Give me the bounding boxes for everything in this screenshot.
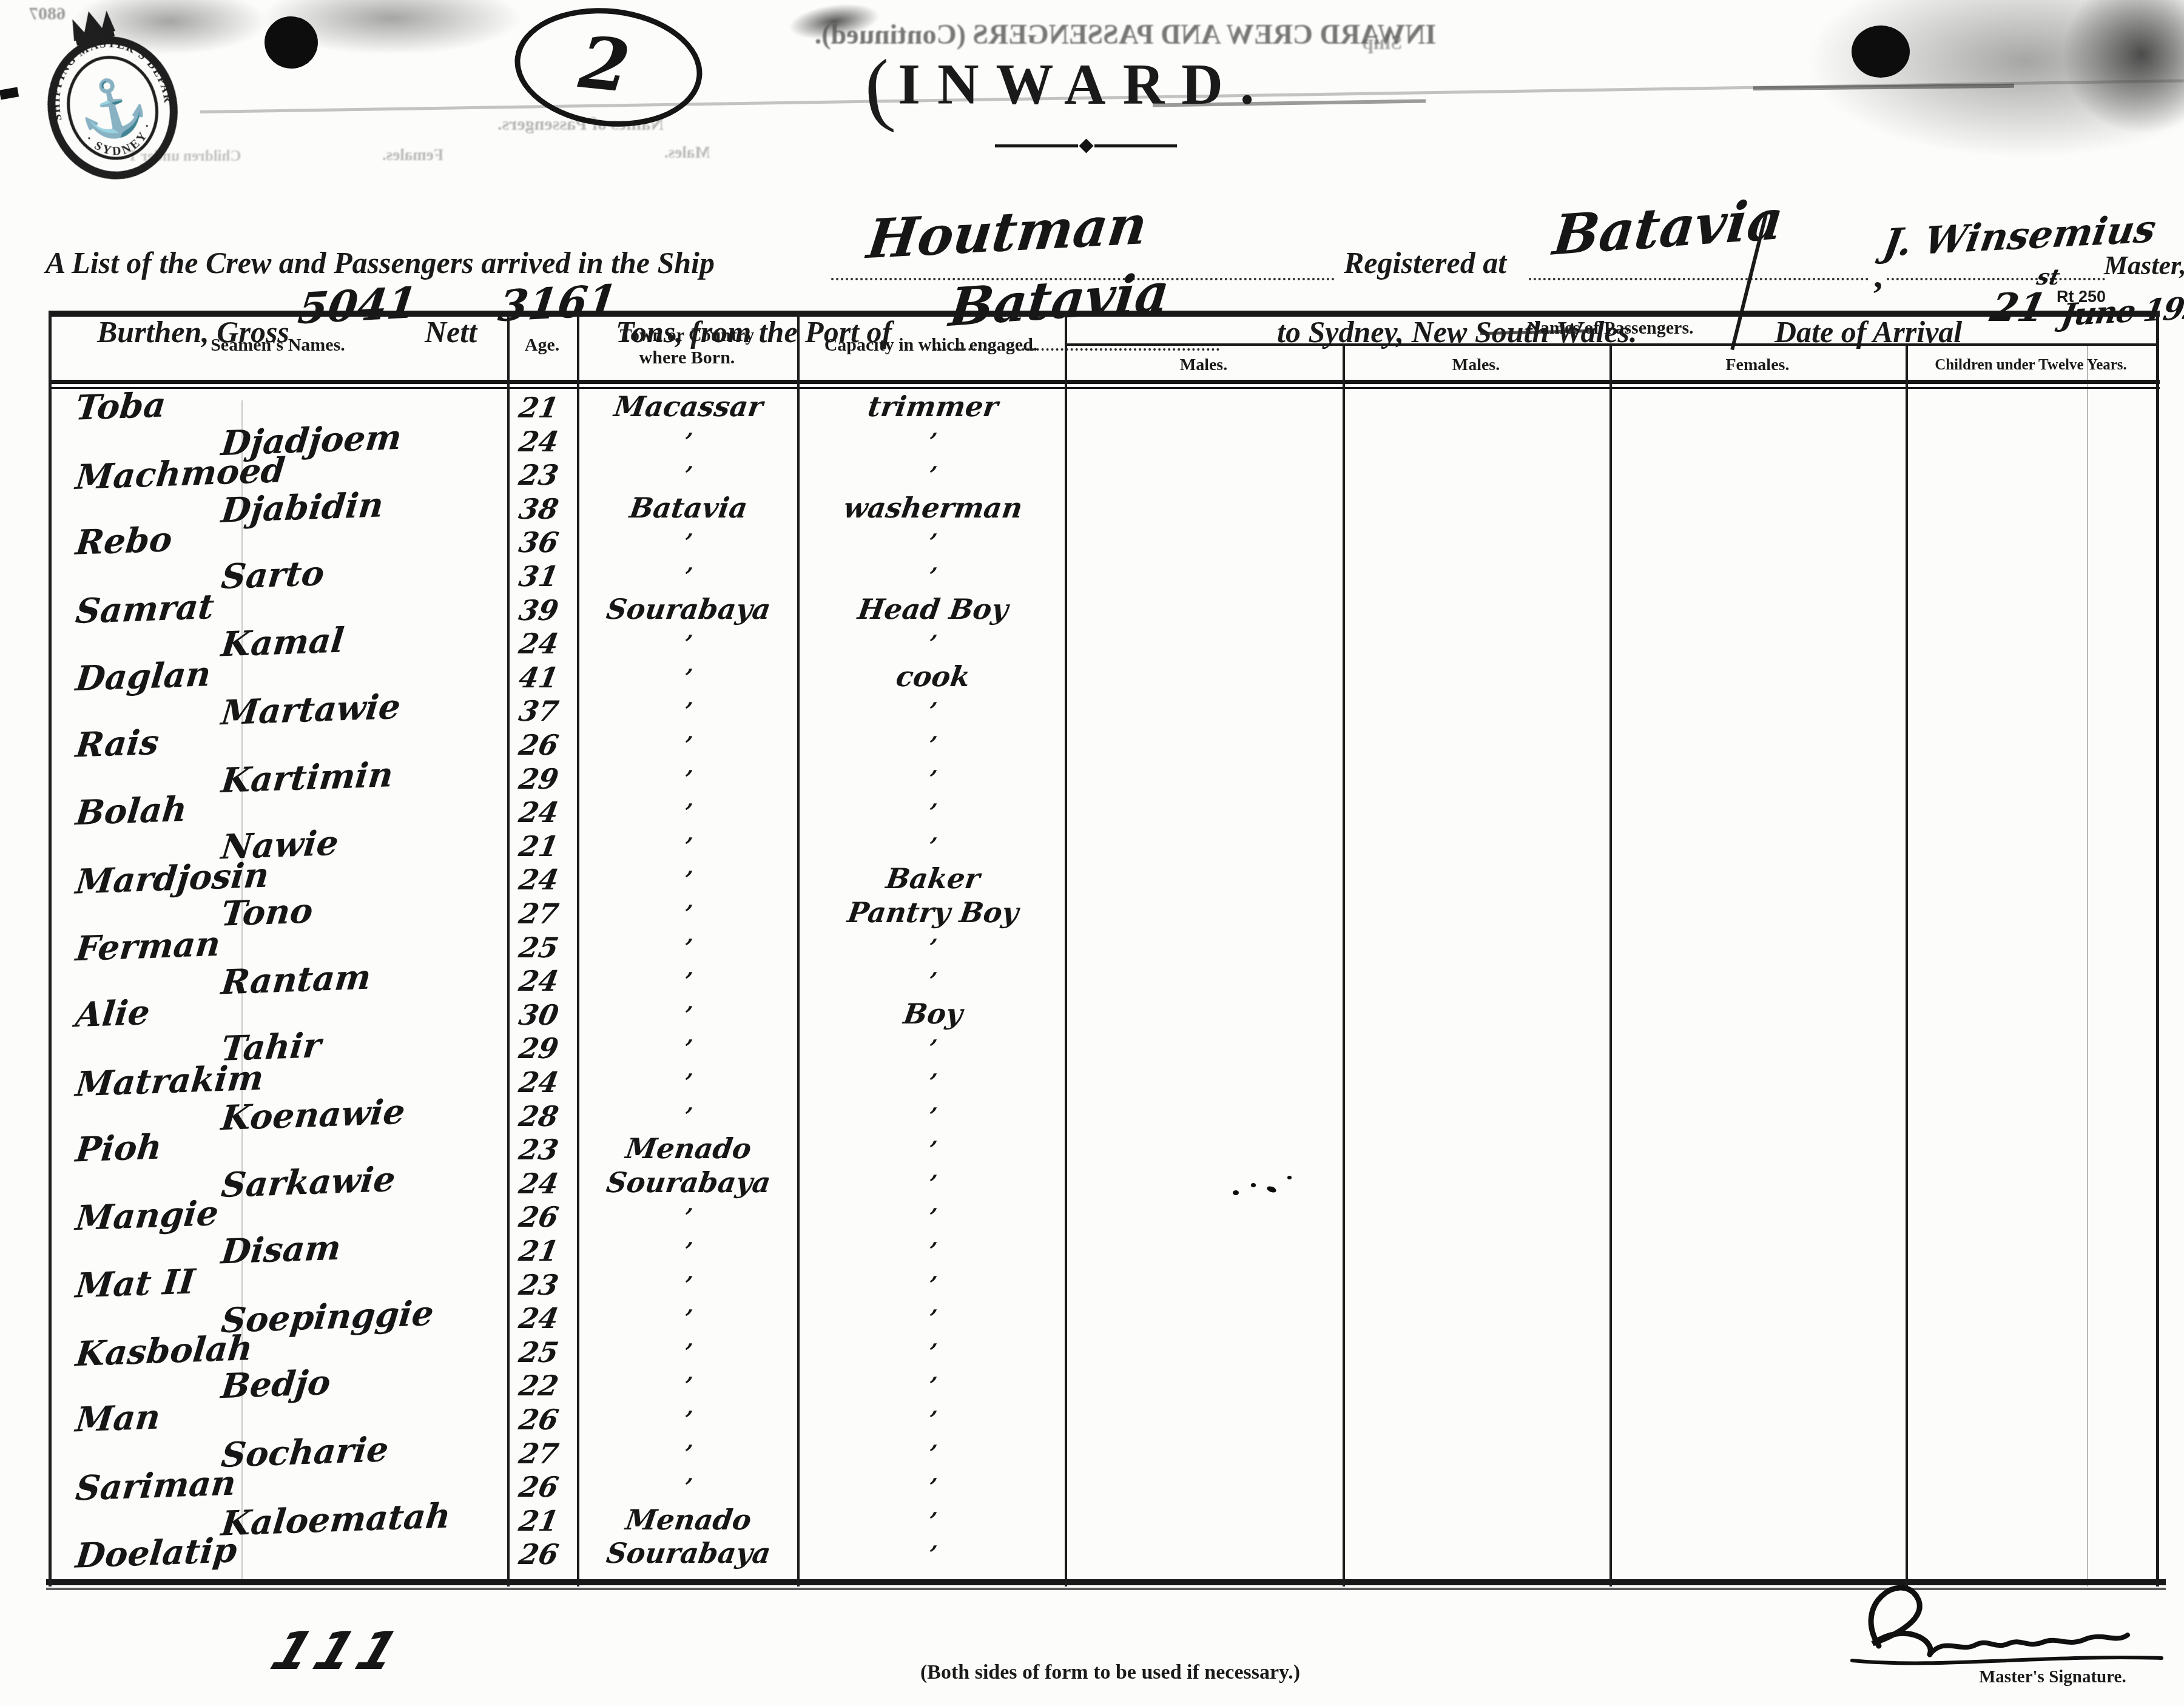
seaman-capacity: ’ bbox=[797, 525, 1068, 556]
seaman-age: 39 bbox=[499, 594, 578, 627]
seaman-birthplace: ’ bbox=[577, 525, 800, 556]
seaman-capacity: ’ bbox=[797, 1099, 1068, 1130]
seaman-age: 23 bbox=[499, 459, 578, 491]
seaman-birthplace: ’ bbox=[577, 1368, 800, 1399]
seaman-age: 26 bbox=[499, 1471, 578, 1503]
seaman-capacity: ’ bbox=[797, 424, 1068, 455]
seaman-age: 24 bbox=[499, 1066, 578, 1099]
seaman-birthplace: ’ bbox=[577, 693, 800, 724]
seaman-birthplace: ’ bbox=[577, 1335, 800, 1366]
seaman-age: 23 bbox=[499, 1269, 578, 1301]
table-row: Sarkawie24Sourabaya’ bbox=[49, 1167, 2159, 1201]
seaman-age: 22 bbox=[499, 1369, 578, 1402]
seaman-capacity: ’ bbox=[797, 963, 1068, 994]
form-number: Rt 250 bbox=[2057, 288, 2106, 306]
master-signature-label: Master's Signature. bbox=[1979, 1667, 2126, 1687]
seaman-age: 28 bbox=[499, 1100, 578, 1133]
seaman-birthplace: ’ bbox=[577, 829, 800, 860]
scanned-form-page: INWARD CREW AND PASSENGERS (Continued). … bbox=[0, 0, 2184, 1706]
seaman-capacity: Boy bbox=[797, 997, 1069, 1030]
ghost-ship-label: Ship bbox=[1362, 32, 1402, 55]
header-bottom-border-thin bbox=[49, 387, 2160, 389]
seaman-birthplace: ’ bbox=[577, 1469, 800, 1500]
seaman-birthplace: ’ bbox=[577, 1031, 800, 1062]
seaman-capacity: ’ bbox=[797, 1166, 1068, 1197]
seaman-name: Ferman bbox=[74, 923, 223, 969]
seaman-capacity: ’ bbox=[797, 829, 1068, 860]
table-row: Djabidin38Bataviawasherman bbox=[49, 493, 2159, 527]
seaman-age: 36 bbox=[499, 526, 578, 559]
seaman-age: 26 bbox=[499, 729, 578, 761]
seaman-age: 21 bbox=[499, 1505, 578, 1537]
seaman-name: Kartimin bbox=[220, 755, 396, 801]
seaman-birthplace: ’ bbox=[577, 457, 800, 488]
seaman-age: 31 bbox=[499, 560, 578, 593]
registered-at-label: Registered at bbox=[1344, 245, 1506, 280]
seaman-age: 25 bbox=[499, 1336, 578, 1369]
table-row: Disam21’’ bbox=[49, 1235, 2159, 1269]
header-town: Town or Country where Born. bbox=[577, 324, 797, 369]
ghost-males-label: Males. bbox=[664, 143, 710, 162]
seaman-age: 29 bbox=[499, 763, 578, 795]
seaman-birthplace: ’ bbox=[577, 727, 800, 758]
registered-at-value: Batavia bbox=[1550, 187, 1786, 268]
seaman-capacity: ’ bbox=[797, 626, 1068, 657]
seaman-birthplace: Batavia bbox=[577, 491, 800, 524]
table-row: Koenawie28’’ bbox=[49, 1100, 2159, 1134]
seaman-name: Mat II bbox=[74, 1261, 197, 1306]
seaman-capacity: ’ bbox=[797, 1233, 1068, 1264]
table-row: Martawie37’’ bbox=[49, 695, 2159, 729]
table-row: Alie30’Boy bbox=[49, 999, 2159, 1033]
seaman-name: Bolah bbox=[74, 789, 189, 834]
seaman-name: Man bbox=[74, 1397, 163, 1440]
header-bottom-border bbox=[49, 380, 2160, 384]
seaman-birthplace: ’ bbox=[577, 1436, 800, 1467]
seaman-name: Kamal bbox=[220, 621, 346, 665]
master-signature bbox=[1841, 1568, 2172, 1674]
seaman-age: 37 bbox=[499, 695, 578, 727]
table-row: Soepinggie24’’ bbox=[49, 1302, 2159, 1336]
table-row: Kasbolah25’’ bbox=[49, 1336, 2159, 1370]
seaman-age: 27 bbox=[499, 1437, 578, 1470]
seaman-capacity: ’ bbox=[797, 1402, 1068, 1433]
gross-tons-value: 5041 bbox=[295, 277, 420, 334]
table-body: Toba21MacassartrimmerDjadjoem24’’Machmoe… bbox=[0, 391, 2184, 1580]
seaman-name: Koenawie bbox=[220, 1091, 407, 1138]
seaman-capacity: ’ bbox=[797, 1537, 1068, 1568]
master-name-line bbox=[1887, 278, 2105, 280]
seaman-age: 38 bbox=[499, 493, 578, 525]
table-row: Tono27’Pantry Boy bbox=[49, 897, 2159, 931]
table-top-border bbox=[49, 311, 2160, 317]
seaman-name: Sariman bbox=[74, 1463, 238, 1508]
header-females: Females. bbox=[1609, 356, 1906, 375]
seaman-birthplace: ’ bbox=[577, 1099, 800, 1130]
registered-at-line bbox=[1529, 278, 1869, 280]
seaman-age: 24 bbox=[499, 863, 578, 896]
seaman-age: 24 bbox=[499, 1302, 578, 1335]
seaman-capacity: ’ bbox=[797, 693, 1068, 724]
seaman-name: Rantam bbox=[220, 957, 373, 1003]
table-row: Doelatip26Sourabaya’ bbox=[49, 1538, 2159, 1572]
seaman-age: 41 bbox=[499, 661, 578, 694]
header-males-1: Males. bbox=[1065, 356, 1343, 375]
table-row: Bedjo22’’ bbox=[49, 1369, 2159, 1403]
ghost-reversed-title: INWARD CREW AND PASSENGERS (Continued). bbox=[692, 18, 1559, 50]
seaman-capacity: washerman bbox=[797, 491, 1069, 524]
form-title: INWARD. bbox=[898, 51, 1272, 118]
seaman-name: Tono bbox=[220, 891, 315, 934]
seaman-birthplace: ’ bbox=[577, 1233, 800, 1264]
seaman-birthplace: Macassar bbox=[577, 390, 800, 423]
seaman-name: Doelatip bbox=[74, 1531, 239, 1577]
table-row: Nawie21’’ bbox=[49, 830, 2159, 864]
seaman-capacity: ’ bbox=[797, 761, 1068, 792]
page-number-value: 2 bbox=[575, 19, 633, 109]
seaman-birthplace: ’ bbox=[577, 1402, 800, 1433]
seaman-age: 27 bbox=[499, 897, 578, 930]
title-rule bbox=[995, 141, 1177, 151]
seaman-capacity: ’ bbox=[797, 1199, 1068, 1230]
seaman-capacity: ’ bbox=[797, 1267, 1068, 1298]
seaman-age: 21 bbox=[499, 1235, 578, 1267]
header-capacity: Capacity in which engaged. bbox=[797, 335, 1065, 356]
header-males-2: Males. bbox=[1343, 356, 1609, 375]
nett-tons-value: 3161 bbox=[496, 275, 620, 332]
seaman-age: 21 bbox=[499, 830, 578, 863]
tally-marks: 111 bbox=[263, 1621, 413, 1682]
seaman-birthplace: ’ bbox=[577, 930, 800, 961]
seaman-birthplace: ’ bbox=[577, 1065, 800, 1096]
seaman-capacity: ’ bbox=[797, 1469, 1068, 1500]
seaman-age: 24 bbox=[499, 425, 578, 458]
table-row: Djadjoem24’’ bbox=[49, 425, 2159, 459]
seaman-birthplace: ’ bbox=[577, 963, 800, 994]
seaman-age: 26 bbox=[499, 1201, 578, 1233]
ink-splatter bbox=[1287, 1176, 1292, 1179]
margin-mark bbox=[0, 87, 19, 100]
seaman-capacity: ’ bbox=[797, 1368, 1068, 1399]
seaman-name: Sarkawie bbox=[220, 1159, 397, 1205]
seaman-birthplace: Sourabaya bbox=[577, 1166, 800, 1199]
seaman-birthplace: ’ bbox=[577, 424, 800, 455]
seaman-birthplace: Menado bbox=[577, 1132, 800, 1165]
seaman-capacity: ’ bbox=[797, 559, 1068, 590]
seaman-age: 24 bbox=[499, 796, 578, 829]
header-seamen-names: Seamen's Names. bbox=[49, 335, 507, 356]
seaman-age: 26 bbox=[499, 1403, 578, 1436]
seaman-birthplace: ’ bbox=[577, 1267, 800, 1298]
header-passengers: Names of Passengers. bbox=[1065, 318, 2156, 339]
seaman-name: Alie bbox=[74, 993, 152, 1036]
seaman-birthplace: ’ bbox=[577, 997, 800, 1028]
seaman-birthplace: ’ bbox=[577, 626, 800, 657]
seaman-name: Mangie bbox=[74, 1193, 221, 1238]
seaman-name: Pioh bbox=[74, 1127, 164, 1170]
seaman-birthplace: ’ bbox=[577, 1199, 800, 1230]
table-row: Sarto31’’ bbox=[49, 560, 2159, 594]
table-row: Samrat39SourabayaHead Boy bbox=[49, 594, 2159, 628]
master-label: Master, bbox=[2104, 250, 2184, 281]
seaman-capacity: cook bbox=[797, 660, 1069, 693]
seaman-birthplace: ’ bbox=[577, 862, 800, 893]
seaman-capacity: Baker bbox=[797, 862, 1069, 895]
table-row: Tahir29’’ bbox=[49, 1032, 2159, 1066]
seaman-age: 25 bbox=[499, 931, 578, 964]
seaman-capacity: ’ bbox=[797, 727, 1068, 758]
seaman-age: 30 bbox=[499, 999, 578, 1031]
seaman-capacity: ’ bbox=[797, 1065, 1068, 1096]
seaman-birthplace: Sourabaya bbox=[577, 1537, 800, 1569]
ship-name-value: Houtman bbox=[864, 193, 1151, 271]
seaman-age: 23 bbox=[499, 1133, 578, 1166]
pen-bracket-mark: ( bbox=[860, 41, 897, 138]
seaman-name: Kaloematah bbox=[220, 1495, 453, 1543]
seaman-birthplace: ’ bbox=[577, 761, 800, 792]
seaman-birthplace: Menado bbox=[577, 1503, 800, 1536]
header-children: Children under Twelve Years. bbox=[1906, 357, 2156, 374]
seaman-capacity: ’ bbox=[797, 1132, 1068, 1163]
seaman-age: 29 bbox=[499, 1032, 578, 1065]
seaman-name: Samrat bbox=[74, 586, 216, 631]
seaman-name: Martawie bbox=[220, 687, 403, 733]
seaman-name: Toba bbox=[74, 385, 168, 428]
arrival-day-suffix: st bbox=[2035, 265, 2063, 290]
seaman-capacity: Pantry Boy bbox=[797, 896, 1069, 929]
footer-note: (Both sides of form to be used if necess… bbox=[849, 1661, 1371, 1684]
seaman-capacity: ’ bbox=[797, 1436, 1068, 1467]
seaman-birthplace: ’ bbox=[577, 1301, 800, 1332]
seaman-capacity: ’ bbox=[797, 1335, 1068, 1366]
seaman-capacity: trimmer bbox=[797, 390, 1069, 423]
seaman-capacity: ’ bbox=[797, 1301, 1068, 1332]
seaman-birthplace: ’ bbox=[577, 795, 800, 826]
seaman-name: Socharie bbox=[220, 1429, 391, 1475]
seaman-name: Rebo bbox=[74, 519, 175, 563]
seaman-birthplace: ’ bbox=[577, 896, 800, 927]
seaman-capacity: ’ bbox=[797, 1031, 1068, 1062]
seaman-capacity: ’ bbox=[797, 457, 1068, 488]
seaman-name: Rais bbox=[74, 722, 161, 765]
seaman-capacity: ’ bbox=[797, 1503, 1068, 1534]
table-row: Mardjosin24’Baker bbox=[49, 863, 2159, 897]
seaman-capacity: ’ bbox=[797, 795, 1068, 826]
table-row: Kaloematah21Menado’ bbox=[49, 1505, 2159, 1539]
seaman-age: 21 bbox=[499, 391, 578, 424]
seaman-age: 24 bbox=[499, 1167, 578, 1200]
seaman-age: 24 bbox=[499, 965, 578, 997]
seaman-name: Sarto bbox=[220, 553, 326, 597]
seaman-capacity: ’ bbox=[797, 930, 1068, 961]
seaman-capacity: Head Boy bbox=[797, 593, 1069, 625]
ink-splatter bbox=[1251, 1183, 1256, 1187]
seaman-name: Disam bbox=[220, 1227, 343, 1272]
seaman-name: Djabidin bbox=[220, 485, 385, 531]
ink-splatter bbox=[1233, 1190, 1239, 1195]
seaman-age: 24 bbox=[499, 627, 578, 660]
ghost-females-label: Females. bbox=[382, 146, 443, 164]
table-row: Bolah24’’ bbox=[49, 796, 2159, 830]
table-row: Kartimin29’’ bbox=[49, 763, 2159, 797]
seaman-name: Daglan bbox=[74, 654, 213, 699]
table-row: Socharie27’’ bbox=[49, 1437, 2159, 1471]
seaman-age: 26 bbox=[499, 1538, 578, 1571]
seaman-birthplace: ’ bbox=[577, 559, 800, 590]
table-row: Kamal24’’ bbox=[49, 627, 2159, 661]
seaman-birthplace: Sourabaya bbox=[577, 593, 800, 625]
header-age: Age. bbox=[507, 335, 577, 356]
seaman-birthplace: ’ bbox=[577, 660, 800, 691]
table-row: Rebo36’’ bbox=[49, 526, 2159, 560]
table-row: Rantam24’’ bbox=[49, 965, 2159, 999]
seaman-name: Bedjo bbox=[220, 1363, 333, 1407]
table-row: Mangie26’’ bbox=[49, 1201, 2159, 1235]
punch-hole-mark bbox=[1852, 25, 1910, 78]
